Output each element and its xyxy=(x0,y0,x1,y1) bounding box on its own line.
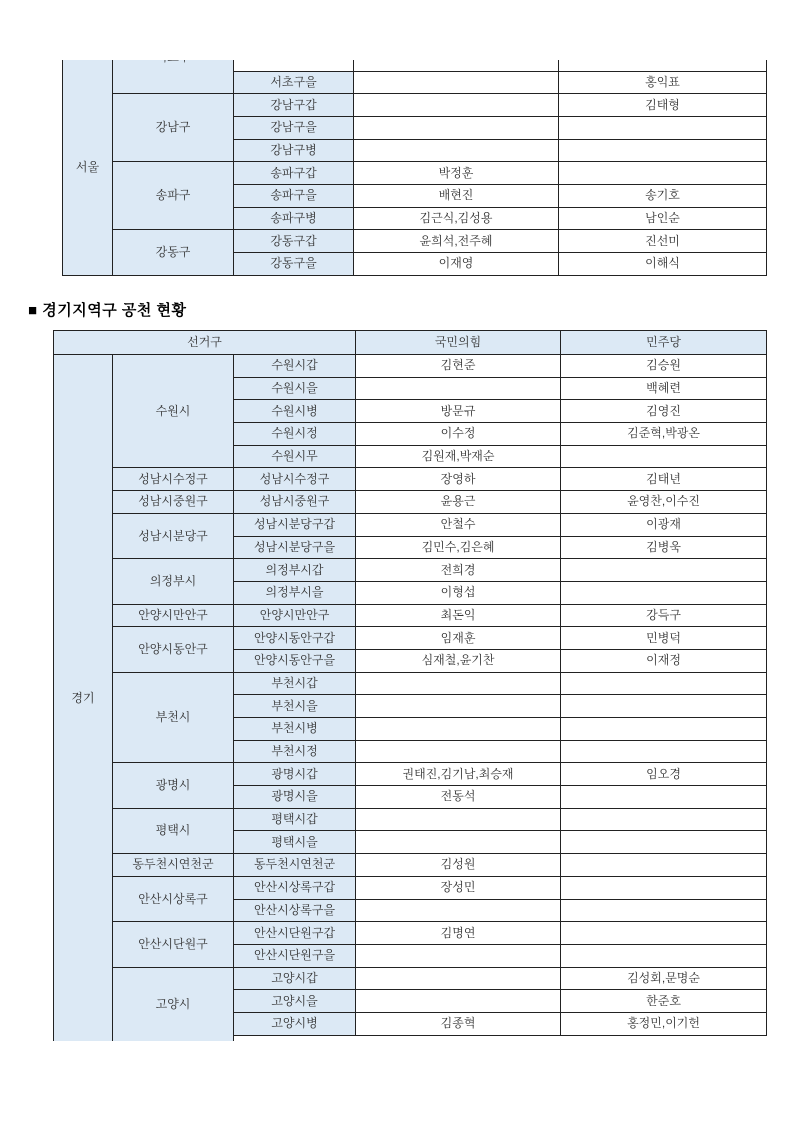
page-cut-cell xyxy=(561,1035,767,1041)
candidate-cell-ppp xyxy=(354,71,559,94)
candidate-cell-dp xyxy=(561,831,767,854)
candidate-cell-dp xyxy=(561,944,767,967)
candidate-cell-dp xyxy=(561,786,767,809)
group-cell: 강남구 xyxy=(113,94,234,162)
district-cell: 광명시을 xyxy=(234,786,356,809)
column-header-ppp: 국민의힘 xyxy=(356,331,561,355)
district-cell: 안산시상록구을 xyxy=(234,899,356,922)
column-header-dp: 민주당 xyxy=(561,331,767,355)
seoul-table: 서울서초구서초구을홍익표강남구강남구갑김태형강남구을강남구병송파구송파구갑박정훈… xyxy=(62,60,767,276)
district-cell: 강남구갑 xyxy=(234,94,354,117)
candidate-cell-ppp: 전동석 xyxy=(356,786,561,809)
group-cell: 고양시 xyxy=(113,967,234,1041)
district-cell: 부천시갑 xyxy=(234,672,356,695)
district-cell: 광명시갑 xyxy=(234,763,356,786)
district-cell: 의정부시갑 xyxy=(234,559,356,582)
district-cell: 안산시상록구갑 xyxy=(234,876,356,899)
gyeonggi-table: 선거구국민의힘민주당경기수원시수원시갑김현준김승원수원시을백혜련수원시병방문규김… xyxy=(53,330,767,1041)
district-cell: 성남시수정구 xyxy=(234,468,356,491)
candidate-cell-ppp: 김종혁 xyxy=(356,1012,561,1035)
district-cell: 송파구을 xyxy=(234,184,354,207)
candidate-cell-dp: 홍정민,이기헌 xyxy=(561,1012,767,1035)
candidate-cell-ppp xyxy=(356,967,561,990)
candidate-cell-ppp: 윤희석,전주혜 xyxy=(354,230,559,253)
district-cell: 부천시병 xyxy=(234,718,356,741)
group-cell: 의정부시 xyxy=(113,559,234,604)
candidate-cell-dp: 임오경 xyxy=(561,763,767,786)
candidate-cell-ppp: 박정훈 xyxy=(354,162,559,185)
district-cell: 강남구병 xyxy=(234,139,354,162)
candidate-cell-dp xyxy=(561,695,767,718)
gyeonggi-nomination-table: 선거구국민의힘민주당경기수원시수원시갑김현준김승원수원시을백혜련수원시병방문규김… xyxy=(53,330,767,1041)
candidate-cell-ppp xyxy=(354,60,559,71)
candidate-cell-ppp: 김현준 xyxy=(356,355,561,378)
district-cell: 수원시무 xyxy=(234,445,356,468)
candidate-cell-dp: 송기호 xyxy=(559,184,767,207)
district-cell: 부천시정 xyxy=(234,740,356,763)
district-cell: 성남시중원구 xyxy=(234,491,356,514)
candidate-cell-ppp: 김민수,김은혜 xyxy=(356,536,561,559)
district-cell: 강남구을 xyxy=(234,116,354,139)
group-cell: 평택시 xyxy=(113,808,234,853)
candidate-cell-ppp xyxy=(356,718,561,741)
candidate-cell-ppp xyxy=(354,139,559,162)
candidate-cell-dp: 진선미 xyxy=(559,230,767,253)
candidate-cell-ppp: 방문규 xyxy=(356,400,561,423)
group-cell: 안산시단원구 xyxy=(113,922,234,967)
candidate-cell-dp: 민병덕 xyxy=(561,627,767,650)
group-cell: 수원시 xyxy=(113,355,234,468)
column-header-district: 선거구 xyxy=(54,331,356,355)
candidate-cell-ppp xyxy=(354,94,559,117)
district-cell: 평택시갑 xyxy=(234,808,356,831)
district-cell: 강동구갑 xyxy=(234,230,354,253)
candidate-cell-dp xyxy=(561,740,767,763)
candidate-cell-ppp: 윤용근 xyxy=(356,491,561,514)
district-cell: 송파구병 xyxy=(234,207,354,230)
district-cell: 안양시만안구 xyxy=(234,604,356,627)
candidate-cell-dp xyxy=(559,60,767,71)
district-cell: 서초구을 xyxy=(234,71,354,94)
candidate-cell-ppp: 김원재,박재순 xyxy=(356,445,561,468)
candidate-cell-dp: 강득구 xyxy=(561,604,767,627)
group-cell: 부천시 xyxy=(113,672,234,763)
candidate-cell-ppp xyxy=(356,377,561,400)
candidate-cell-dp xyxy=(561,876,767,899)
district-cell: 동두천시연천군 xyxy=(234,854,356,877)
district-cell xyxy=(234,60,354,71)
district-cell: 송파구갑 xyxy=(234,162,354,185)
candidate-cell-ppp xyxy=(356,695,561,718)
group-cell: 안양시만안구 xyxy=(113,604,234,627)
candidate-cell-dp xyxy=(561,718,767,741)
candidate-cell-dp xyxy=(561,672,767,695)
region-cell: 경기 xyxy=(54,355,113,1042)
candidate-cell-dp: 이해식 xyxy=(559,253,767,276)
candidate-cell-dp xyxy=(561,922,767,945)
candidate-cell-dp xyxy=(559,162,767,185)
district-cell: 강동구을 xyxy=(234,253,354,276)
candidate-cell-ppp xyxy=(354,116,559,139)
candidate-cell-ppp: 김근식,김성용 xyxy=(354,207,559,230)
district-cell: 수원시병 xyxy=(234,400,356,423)
candidate-cell-ppp: 권태진,김기남,최승재 xyxy=(356,763,561,786)
clipped-group-label: 서초구 xyxy=(156,60,191,65)
candidate-cell-dp: 이재정 xyxy=(561,649,767,672)
candidate-cell-ppp: 장성민 xyxy=(356,876,561,899)
candidate-cell-dp xyxy=(559,139,767,162)
candidate-cell-ppp xyxy=(356,990,561,1013)
document-page: { "colors": { "cell_blue": "#dce9f5", "b… xyxy=(0,0,794,1123)
district-cell: 안양시동안구갑 xyxy=(234,627,356,650)
district-cell: 안산시단원구갑 xyxy=(234,922,356,945)
district-cell: 안산시단원구을 xyxy=(234,944,356,967)
group-cell: 강동구 xyxy=(113,230,234,275)
district-cell: 성남시분당구갑 xyxy=(234,513,356,536)
district-cell: 고양시병 xyxy=(234,1012,356,1035)
page-cut-cell xyxy=(234,1035,356,1041)
group-cell: 성남시수정구 xyxy=(113,468,234,491)
group-cell: 동두천시연천군 xyxy=(113,854,234,877)
candidate-cell-ppp xyxy=(356,672,561,695)
section-heading: ■ 경기지역구 공천 현황 xyxy=(28,299,186,320)
group-cell: 광명시 xyxy=(113,763,234,808)
candidate-cell-dp: 김병욱 xyxy=(561,536,767,559)
district-cell: 안양시동안구을 xyxy=(234,649,356,672)
candidate-cell-dp xyxy=(561,581,767,604)
candidate-cell-dp: 김태년 xyxy=(561,468,767,491)
candidate-cell-dp: 한준호 xyxy=(561,990,767,1013)
group-cell: 안양시동안구 xyxy=(113,627,234,672)
district-cell: 수원시정 xyxy=(234,423,356,446)
candidate-cell-dp xyxy=(559,116,767,139)
district-cell: 성남시분당구을 xyxy=(234,536,356,559)
candidate-cell-dp xyxy=(561,808,767,831)
candidate-cell-dp xyxy=(561,854,767,877)
candidate-cell-ppp xyxy=(356,944,561,967)
candidate-cell-dp: 윤영찬,이수진 xyxy=(561,491,767,514)
candidate-cell-ppp: 심재철,윤기찬 xyxy=(356,649,561,672)
candidate-cell-dp: 김성회,문명순 xyxy=(561,967,767,990)
candidate-cell-dp xyxy=(561,559,767,582)
district-cell: 평택시을 xyxy=(234,831,356,854)
candidate-cell-ppp: 이재영 xyxy=(354,253,559,276)
candidate-cell-ppp: 최돈익 xyxy=(356,604,561,627)
candidate-cell-dp: 남인순 xyxy=(559,207,767,230)
candidate-cell-dp xyxy=(561,445,767,468)
candidate-cell-ppp xyxy=(356,808,561,831)
candidate-cell-dp: 홍익표 xyxy=(559,71,767,94)
candidate-cell-ppp: 안철수 xyxy=(356,513,561,536)
page-cut-cell xyxy=(356,1035,561,1041)
candidate-cell-ppp xyxy=(356,740,561,763)
group-cell: 송파구 xyxy=(113,162,234,230)
candidate-cell-ppp: 배현진 xyxy=(354,184,559,207)
candidate-cell-dp: 백혜련 xyxy=(561,377,767,400)
region-cell: 서울 xyxy=(63,60,113,275)
candidate-cell-ppp xyxy=(356,831,561,854)
candidate-cell-ppp: 이형섭 xyxy=(356,581,561,604)
district-cell: 고양시을 xyxy=(234,990,356,1013)
candidate-cell-ppp: 임재훈 xyxy=(356,627,561,650)
candidate-cell-dp xyxy=(561,899,767,922)
group-cell: 안산시상록구 xyxy=(113,876,234,921)
candidate-cell-ppp: 장영하 xyxy=(356,468,561,491)
group-cell: 성남시중원구 xyxy=(113,491,234,514)
candidate-cell-ppp: 이수정 xyxy=(356,423,561,446)
candidate-cell-dp: 이광재 xyxy=(561,513,767,536)
candidate-cell-dp: 김영진 xyxy=(561,400,767,423)
candidate-cell-ppp: 전희경 xyxy=(356,559,561,582)
candidate-cell-dp: 김태형 xyxy=(559,94,767,117)
candidate-cell-ppp xyxy=(356,899,561,922)
district-cell: 부천시을 xyxy=(234,695,356,718)
candidate-cell-dp: 김준혁,박광온 xyxy=(561,423,767,446)
district-cell: 고양시갑 xyxy=(234,967,356,990)
district-cell: 의정부시을 xyxy=(234,581,356,604)
seoul-nomination-table: 서울서초구서초구을홍익표강남구강남구갑김태형강남구을강남구병송파구송파구갑박정훈… xyxy=(62,60,767,279)
district-cell: 수원시을 xyxy=(234,377,356,400)
group-cell: 서초구 xyxy=(113,60,234,94)
candidate-cell-dp: 김승원 xyxy=(561,355,767,378)
group-cell: 성남시분당구 xyxy=(113,513,234,558)
candidate-cell-ppp: 김명연 xyxy=(356,922,561,945)
candidate-cell-ppp: 김성원 xyxy=(356,854,561,877)
district-cell: 수원시갑 xyxy=(234,355,356,378)
